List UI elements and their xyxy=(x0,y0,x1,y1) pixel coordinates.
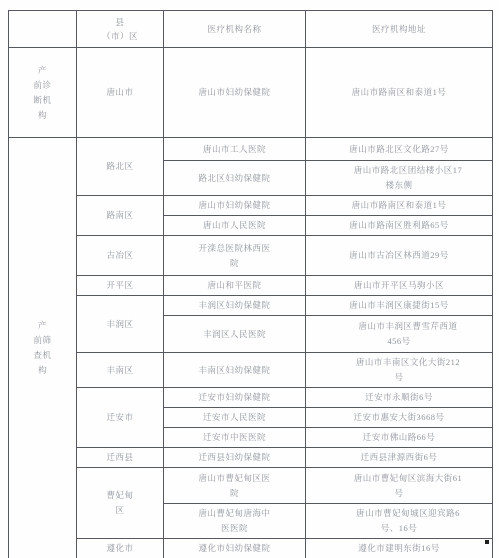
institution-name-cell: 唐山市工人医院 xyxy=(164,138,306,161)
table-row: 丰南区 丰南区妇幼保健院 唐山市丰南区文化大街212 号 xyxy=(9,353,493,388)
institution-address-cell: 唐山市路北区团结楼小区17 楼东侧 xyxy=(306,161,493,196)
institution-address-cell: 迁安市惠安大街3668号 xyxy=(306,408,493,428)
medical-institutions-table: 县 （市）区 医疗机构名称 医疗机构地址 产 前诊 断机 构 唐山市 唐山市妇幼… xyxy=(8,10,493,558)
stray-dot xyxy=(485,540,489,544)
institution-address-cell: 迁西县津源西街6号 xyxy=(306,448,493,468)
institution-name-cell: 迁安市妇幼保健院 xyxy=(164,388,306,408)
institution-name-cell: 丰润区妇幼保健院 xyxy=(164,296,306,316)
district-cell: 古冶区 xyxy=(77,236,164,276)
institution-name-cell: 迁安市人民医院 xyxy=(164,408,306,428)
institution-address-cell: 唐山市路南区和泰道1号 xyxy=(306,196,493,216)
institution-name-cell: 遵化市妇幼保健院 xyxy=(164,539,306,558)
institution-name-cell: 唐山市妇幼保健院 xyxy=(164,196,306,216)
institution-address-cell: 唐山市丰润区康捷街15号 xyxy=(306,296,493,316)
institution-name-cell: 丰南区妇幼保健院 xyxy=(164,353,306,388)
table-row: 产 前筛 查机 构 路北区 唐山市工人医院 唐山市路北区文化路27号 xyxy=(9,138,493,161)
institution-address-cell: 唐山市丰润区曹雪芹西道 456号 xyxy=(306,316,493,353)
table-row: 古冶区 开滦总医院林西医 院 唐山市古冶区林西道29号 xyxy=(9,236,493,276)
institution-name-cell: 开滦总医院林西医 院 xyxy=(164,236,306,276)
header-group-cell xyxy=(9,11,77,48)
institution-address-cell: 唐山市曹妃甸城区迎宾路6 号、16号 xyxy=(306,504,493,539)
district-cell: 丰南区 xyxy=(77,353,164,388)
institution-address-cell: 唐山市开平区马驹小区 xyxy=(306,276,493,296)
institution-address-cell: 唐山市路南区胜利路65号 xyxy=(306,216,493,236)
institution-name-cell: 唐山和平医院 xyxy=(164,276,306,296)
district-cell: 迁安市 xyxy=(77,388,164,448)
institution-name-cell: 迁西县妇幼保健院 xyxy=(164,448,306,468)
institution-name-cell: 迁安市中医医院 xyxy=(164,428,306,448)
header-address-cell: 医疗机构地址 xyxy=(306,11,493,48)
institution-address-cell: 唐山市古冶区林西道29号 xyxy=(306,236,493,276)
district-cell: 开平区 xyxy=(77,276,164,296)
table-row: 遵化市 遵化市妇幼保健院 遵化市建明东街16号 xyxy=(9,539,493,558)
institution-name-cell: 唐山市妇幼保健院 xyxy=(164,48,306,138)
table-row: 丰润区 丰润区妇幼保健院 唐山市丰润区康捷街15号 xyxy=(9,296,493,316)
table-row: 曹妃甸 区 唐山市曹妃甸区医 院 唐山市曹妃甸区滨海大街61 号 xyxy=(9,468,493,504)
institution-address-cell: 唐山市路北区文化路27号 xyxy=(306,138,493,161)
header-district-cell: 县 （市）区 xyxy=(77,11,164,48)
district-cell: 遵化市 xyxy=(77,539,164,558)
district-cell: 迁西县 xyxy=(77,448,164,468)
header-row: 县 （市）区 医疗机构名称 医疗机构地址 xyxy=(9,11,493,48)
institution-name-cell: 丰润区人民医院 xyxy=(164,316,306,353)
institution-name-cell: 唐山市曹妃甸区医 院 xyxy=(164,468,306,504)
document-page: 县 （市）区 医疗机构名称 医疗机构地址 产 前诊 断机 构 唐山市 唐山市妇幼… xyxy=(0,0,499,558)
group-cell-prenatal-diagnosis: 产 前诊 断机 构 xyxy=(9,48,77,138)
table-row: 产 前诊 断机 构 唐山市 唐山市妇幼保健院 唐山市路南区和泰道1号 xyxy=(9,48,493,138)
institution-address-cell: 唐山市丰南区文化大街212 号 xyxy=(306,353,493,388)
table-row: 路南区 唐山市妇幼保健院 唐山市路南区和泰道1号 xyxy=(9,196,493,216)
district-cell: 唐山市 xyxy=(77,48,164,138)
institution-address-cell: 唐山市曹妃甸区滨海大街61 号 xyxy=(306,468,493,504)
institution-name-cell: 唐山市人民医院 xyxy=(164,216,306,236)
district-cell: 丰润区 xyxy=(77,296,164,353)
institution-address-cell: 唐山市路南区和泰道1号 xyxy=(306,48,493,138)
table-row: 迁安市 迁安市妇幼保健院 迁安市永顺街6号 xyxy=(9,388,493,408)
district-cell: 路南区 xyxy=(77,196,164,236)
institution-address-cell: 迁安市永顺街6号 xyxy=(306,388,493,408)
table-row: 开平区 唐山和平医院 唐山市开平区马驹小区 xyxy=(9,276,493,296)
group-cell-prenatal-screening: 产 前筛 查机 构 xyxy=(9,138,77,558)
header-name-cell: 医疗机构名称 xyxy=(164,11,306,48)
institution-name-cell: 路北区妇幼保健院 xyxy=(164,161,306,196)
institution-address-cell: 迁安市佛山路66号 xyxy=(306,428,493,448)
district-cell: 曹妃甸 区 xyxy=(77,468,164,539)
institution-name-cell: 唐山曹妃甸唐海中 医医院 xyxy=(164,504,306,539)
institution-address-cell: 遵化市建明东街16号 xyxy=(306,539,493,558)
table-row: 迁西县 迁西县妇幼保健院 迁西县津源西街6号 xyxy=(9,448,493,468)
district-cell: 路北区 xyxy=(77,138,164,196)
